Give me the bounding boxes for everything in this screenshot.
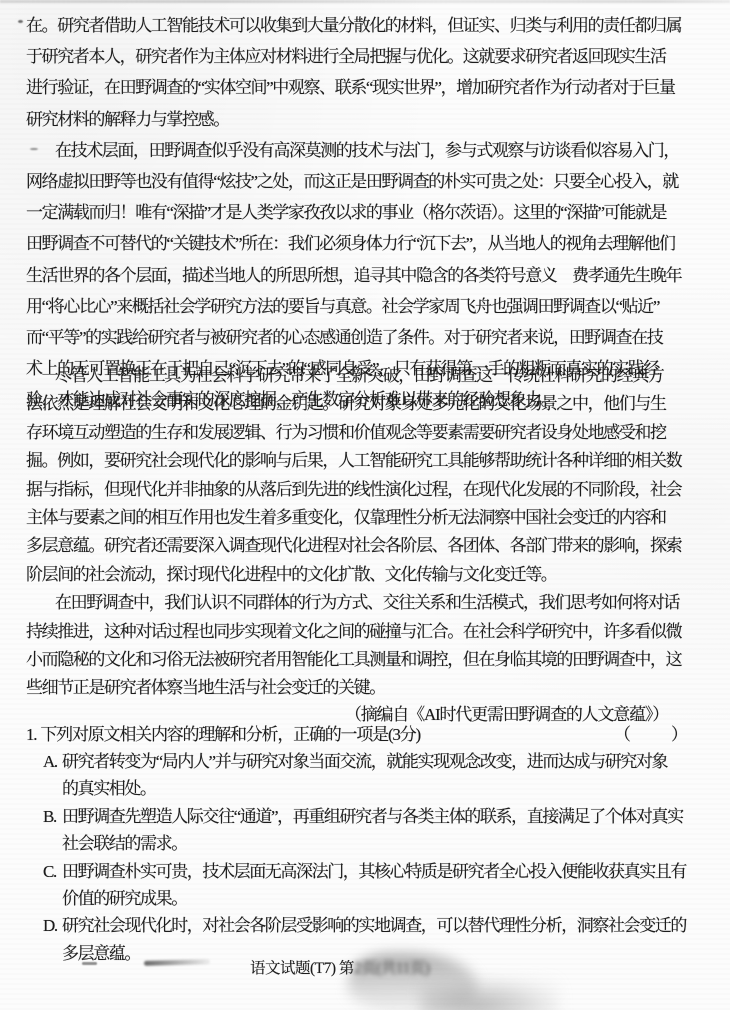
body-line: 据与指标，但现代化并非抽象的从落后到先进的线性演化过程，在现代化发展的不同阶段，… <box>26 476 666 504</box>
option-a-line-1: A.研究者转变为“局内人”并与研究对象当面交流，就能实现观念改变，进而达成与研究… <box>43 748 693 775</box>
body-line: 网络虚拟田野等也没有值得“炫技”之处，而这正是田野调查的朴实可贵之处：只要全心投… <box>26 166 666 197</box>
body-line: 多层意蕴。研究者还需要深入调查现代化进程对社会各阶层、各团体、各部门带来的影响，… <box>26 532 666 560</box>
option-b-line-1: B.田野调查先塑造人际交往“通道”，再重组研究者与各类主体的联系，直接满足了个体… <box>43 803 693 830</box>
body-line: 存环境互动塑造的生存和发展逻辑、行为习惯和价值观念等要素需要研究者设身处地感受和… <box>26 419 666 447</box>
option-d-text: 研究社会现代化时，对社会各阶层受影响的实地调查，可以替代理性分析，洞察社会变迁的 <box>62 916 686 935</box>
scan-artifact-dash <box>82 962 97 965</box>
body-line: 在技术层面，田野调查似乎没有高深莫测的技术与法门，参与式观察与访谈看似容易入门， <box>26 135 666 166</box>
body-line: 在。研究者借助人工智能技术可以收集到大量分散化的材料，但证实、归类与利用的责任都… <box>26 10 666 41</box>
question-1-options: A.研究者转变为“局内人”并与研究对象当面交流，就能实现观念改变，进而达成与研究… <box>43 748 693 967</box>
passage-section-2: 尽管人工智能工具为社会科学研究带来了全新突破，田野调查这一传统社科研究的经典方 … <box>26 362 666 703</box>
option-d-label: D. <box>43 912 62 939</box>
body-line: 尽管人工智能工具为社会科学研究带来了全新突破，田野调查这一传统社科研究的经典方 <box>26 362 666 390</box>
body-line: 于研究者本人，研究者作为主体应对材料进行全局把握与优化。这就要求研究者返回现实生… <box>26 41 666 72</box>
question-1-stem: 1.下列对原文相关内容的理解和分析，正确的一项是(3分) <box>26 721 706 749</box>
passage-section-1: 在。研究者借助人工智能技术可以收集到大量分散化的材料，但证实、归类与利用的责任都… <box>26 10 666 415</box>
body-line: 进行验证，在田野调查的“实体空间”中观察、联系“现实世界”，增加研究者作为行动者… <box>26 72 666 103</box>
scan-artifact-top-edge <box>0 0 730 3</box>
scan-artifact-smudge <box>420 978 560 1010</box>
body-line: 持续推进，这种对话过程也同步实现着文化之间的碰撞与汇合。在社会科学研究中，许多看… <box>26 618 666 646</box>
body-line: 田野调查不可替代的“关键技术”所在：我们必须身体力行“沉下去”，从当地人的视角去… <box>26 228 666 259</box>
scan-artifact-ink-dot <box>18 20 23 23</box>
body-line: 主体与要素之间的相互作用也发生着多重变化，仅靠理性分析无法洞察中国社会变迁的内容… <box>26 504 666 532</box>
exam-scan-page: { "document": { "body_paragraphs": { "p1… <box>0 0 730 1010</box>
body-line: 小而隐秘的文化和习俗无法被研究者用智能化工具测量和调控，但在身临其境的田野调查中… <box>26 646 666 674</box>
body-line: 掘。例如，要研究社会现代化的影响与后果，人工智能研究工具能够帮助统计各种详细的相… <box>26 447 666 475</box>
footer-title: 语文试题(T7) <box>250 960 336 977</box>
option-a-line-2: 的真实相处。 <box>43 775 693 802</box>
body-line: 在田野调查中，我们认识不同群体的行为方式、交往关系和生活模式，我们思考如何将对话 <box>26 589 666 617</box>
option-c-line-1: C.田野调查朴实可贵，技术层面无高深法门，其核心特质是研究者全心投入便能收获真实… <box>43 858 693 885</box>
option-b-text: 田野调查先塑造人际交往“通道”，再重组研究者与各类主体的联系，直接满足了个体对真… <box>62 807 683 826</box>
body-line: 研究材料的解释力与掌控感。 <box>26 104 666 135</box>
answer-brackets: （ ） <box>614 721 690 749</box>
body-line: 用“将心比心”来概括社会学研究方法的要旨与真意。社会学家周飞舟也强调田野调查以“… <box>26 291 666 322</box>
question-number: 1. <box>26 725 36 744</box>
body-line: 法依然是理解社会文明和文化心理的金钥匙。研究对象身处多元化的文化场景之中，他们与… <box>26 390 666 418</box>
option-d-line-1: D.研究社会现代化时，对社会各阶层受影响的实地调查，可以替代理性分析，洞察社会变… <box>43 912 693 939</box>
option-c-label: C. <box>43 858 62 885</box>
option-a-label: A. <box>43 748 62 775</box>
body-line: 而“平等”的实践给研究者与被研究者的心态感通创造了条件。对于研究者来说，田野调查… <box>26 322 666 353</box>
body-line: 生活世界的各个层面，描述当地人的所思所想，追寻其中隐含的各类符号意义 费孝通先生… <box>26 260 666 291</box>
option-c-text: 田野调查朴实可贵，技术层面无高深法门，其核心特质是研究者全心投入便能收获真实且有 <box>62 862 686 881</box>
body-line: 些细节正是研究者体察当地生活与社会变迁的关键。 <box>26 674 666 702</box>
question-text: 下列对原文相关内容的理解和分析，正确的一项是(3分) <box>40 725 420 744</box>
option-b-label: B. <box>43 803 62 830</box>
option-b-line-2: 社会联结的需求。 <box>43 830 693 857</box>
body-line: 一定满载而归！唯有“深描”才是人类学家孜孜以求的事业（格尔茨语）。这里的“深描”… <box>26 197 666 228</box>
option-a-text: 研究者转变为“局内人”并与研究对象当面交流，就能实现观念改变，进而达成与研究对象 <box>62 752 667 771</box>
option-c-line-2: 价值的研究成果。 <box>43 885 693 912</box>
body-line: 阶层间的社会流动，探讨现代化进程中的文化扩散、文化传输与文化变迁等。 <box>26 561 666 589</box>
